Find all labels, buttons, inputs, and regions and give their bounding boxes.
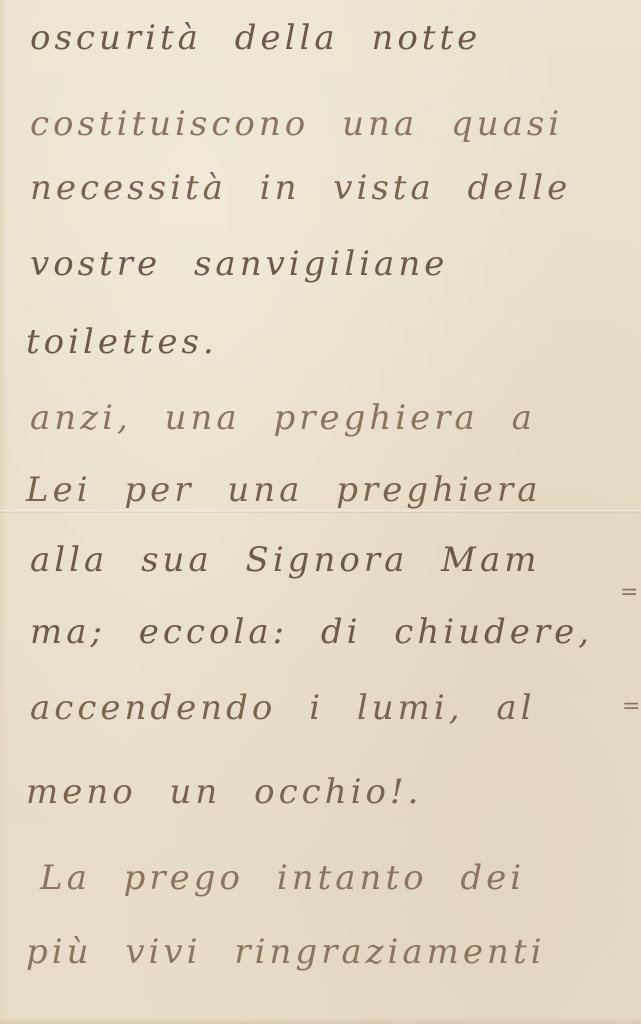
hyphen-mark-2: =: [622, 694, 640, 719]
handwritten-line-5: toilettes.: [26, 322, 218, 362]
handwritten-line-1: oscurità della notte: [30, 18, 481, 58]
handwritten-line-3: necessità in vista delle: [30, 168, 571, 208]
handwritten-line-7: Lei per una preghiera: [26, 470, 542, 510]
handwritten-line-12: La prego intanto dei: [40, 858, 525, 898]
handwritten-line-8: alla sua Signora Mam: [30, 540, 540, 580]
handwritten-line-9: ma; eccola: di chiudere,: [30, 612, 593, 652]
handwritten-line-13: più vivi ringraziamenti: [26, 932, 545, 972]
handwritten-line-10: accendendo i lumi, al: [30, 688, 536, 728]
handwritten-line-11: meno un occhio!.: [26, 772, 422, 812]
handwritten-line-2: costituiscono una quasi: [30, 104, 563, 144]
handwritten-line-6: anzi, una preghiera a: [30, 398, 536, 438]
handwritten-line-4: vostre sanvigiliane: [30, 244, 448, 284]
paper-fold-crease: [0, 510, 641, 513]
paper-edge-bottom: [0, 1018, 641, 1024]
hyphen-mark-1: =: [620, 580, 638, 605]
letter-page: oscurità della notte costituiscono una q…: [0, 0, 641, 1024]
